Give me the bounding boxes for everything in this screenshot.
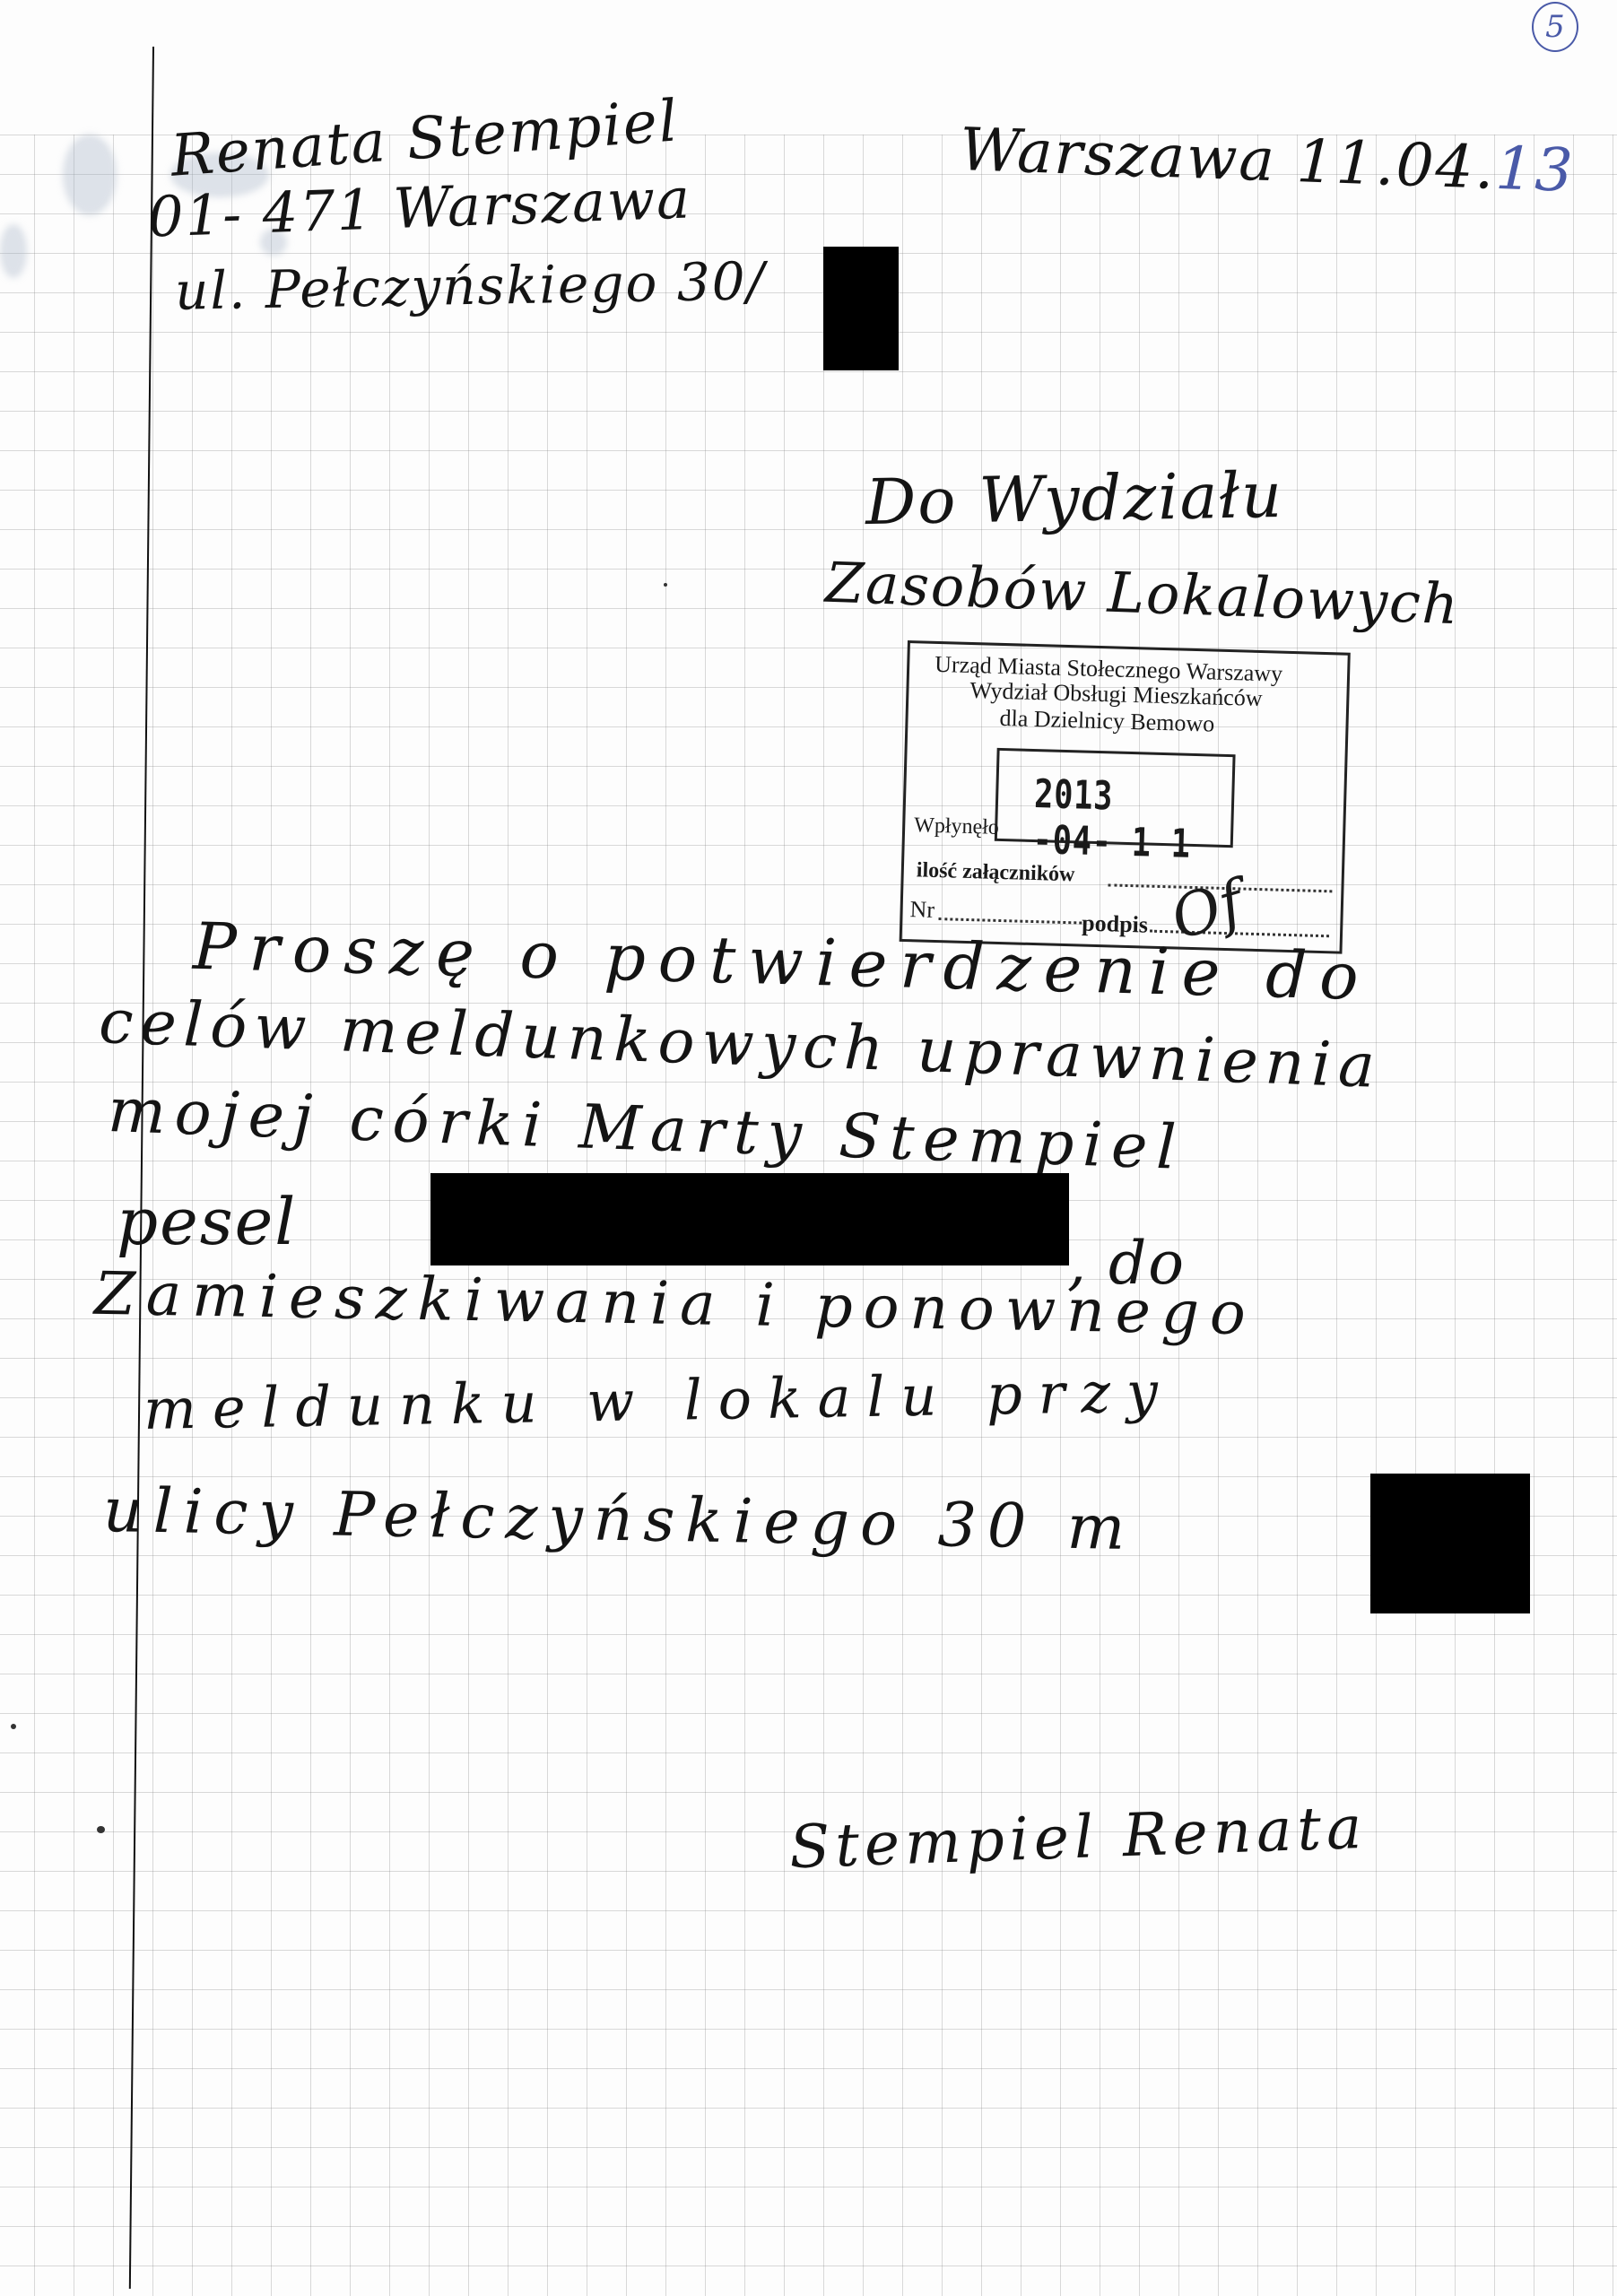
- stamp-attachments-label: ilość załączników: [916, 858, 1074, 887]
- stray-dot: [97, 1826, 105, 1833]
- redaction-apartment-sender: [823, 247, 899, 370]
- body-line-4: pesel: [117, 1184, 297, 1259]
- redaction-pesel: [430, 1173, 1069, 1265]
- stamp-number-dotted-line: [938, 918, 1082, 924]
- page-number-circle: 5: [1532, 2, 1578, 52]
- official-received-stamp: Urząd Miasta Stołecznego Warszawy Wydzia…: [900, 640, 1351, 954]
- stamp-received-label: Wpłynęło: [914, 813, 999, 840]
- stamp-number-label: Nr: [909, 896, 935, 924]
- stray-dot: [11, 1724, 16, 1729]
- page-number: 5: [1545, 9, 1565, 45]
- redaction-apartment-number: [1370, 1474, 1530, 1613]
- paper-top-margin: [0, 0, 1617, 135]
- recipient-line-1: Do Wydziału: [865, 458, 1283, 539]
- place-date-year: 13: [1494, 134, 1576, 205]
- stamp-date-box: 2013 -04- 1 1: [995, 748, 1236, 848]
- stamp-district: dla Dzielnicy Bemowo: [999, 705, 1214, 738]
- stamp-received-date: 2013 -04- 1 1: [1032, 771, 1193, 867]
- ink-smudge: [0, 224, 27, 278]
- ink-smudge: [63, 135, 117, 215]
- stray-dot: [664, 583, 667, 587]
- sender-street: ul. Pełczyńskiego 30/: [174, 250, 766, 321]
